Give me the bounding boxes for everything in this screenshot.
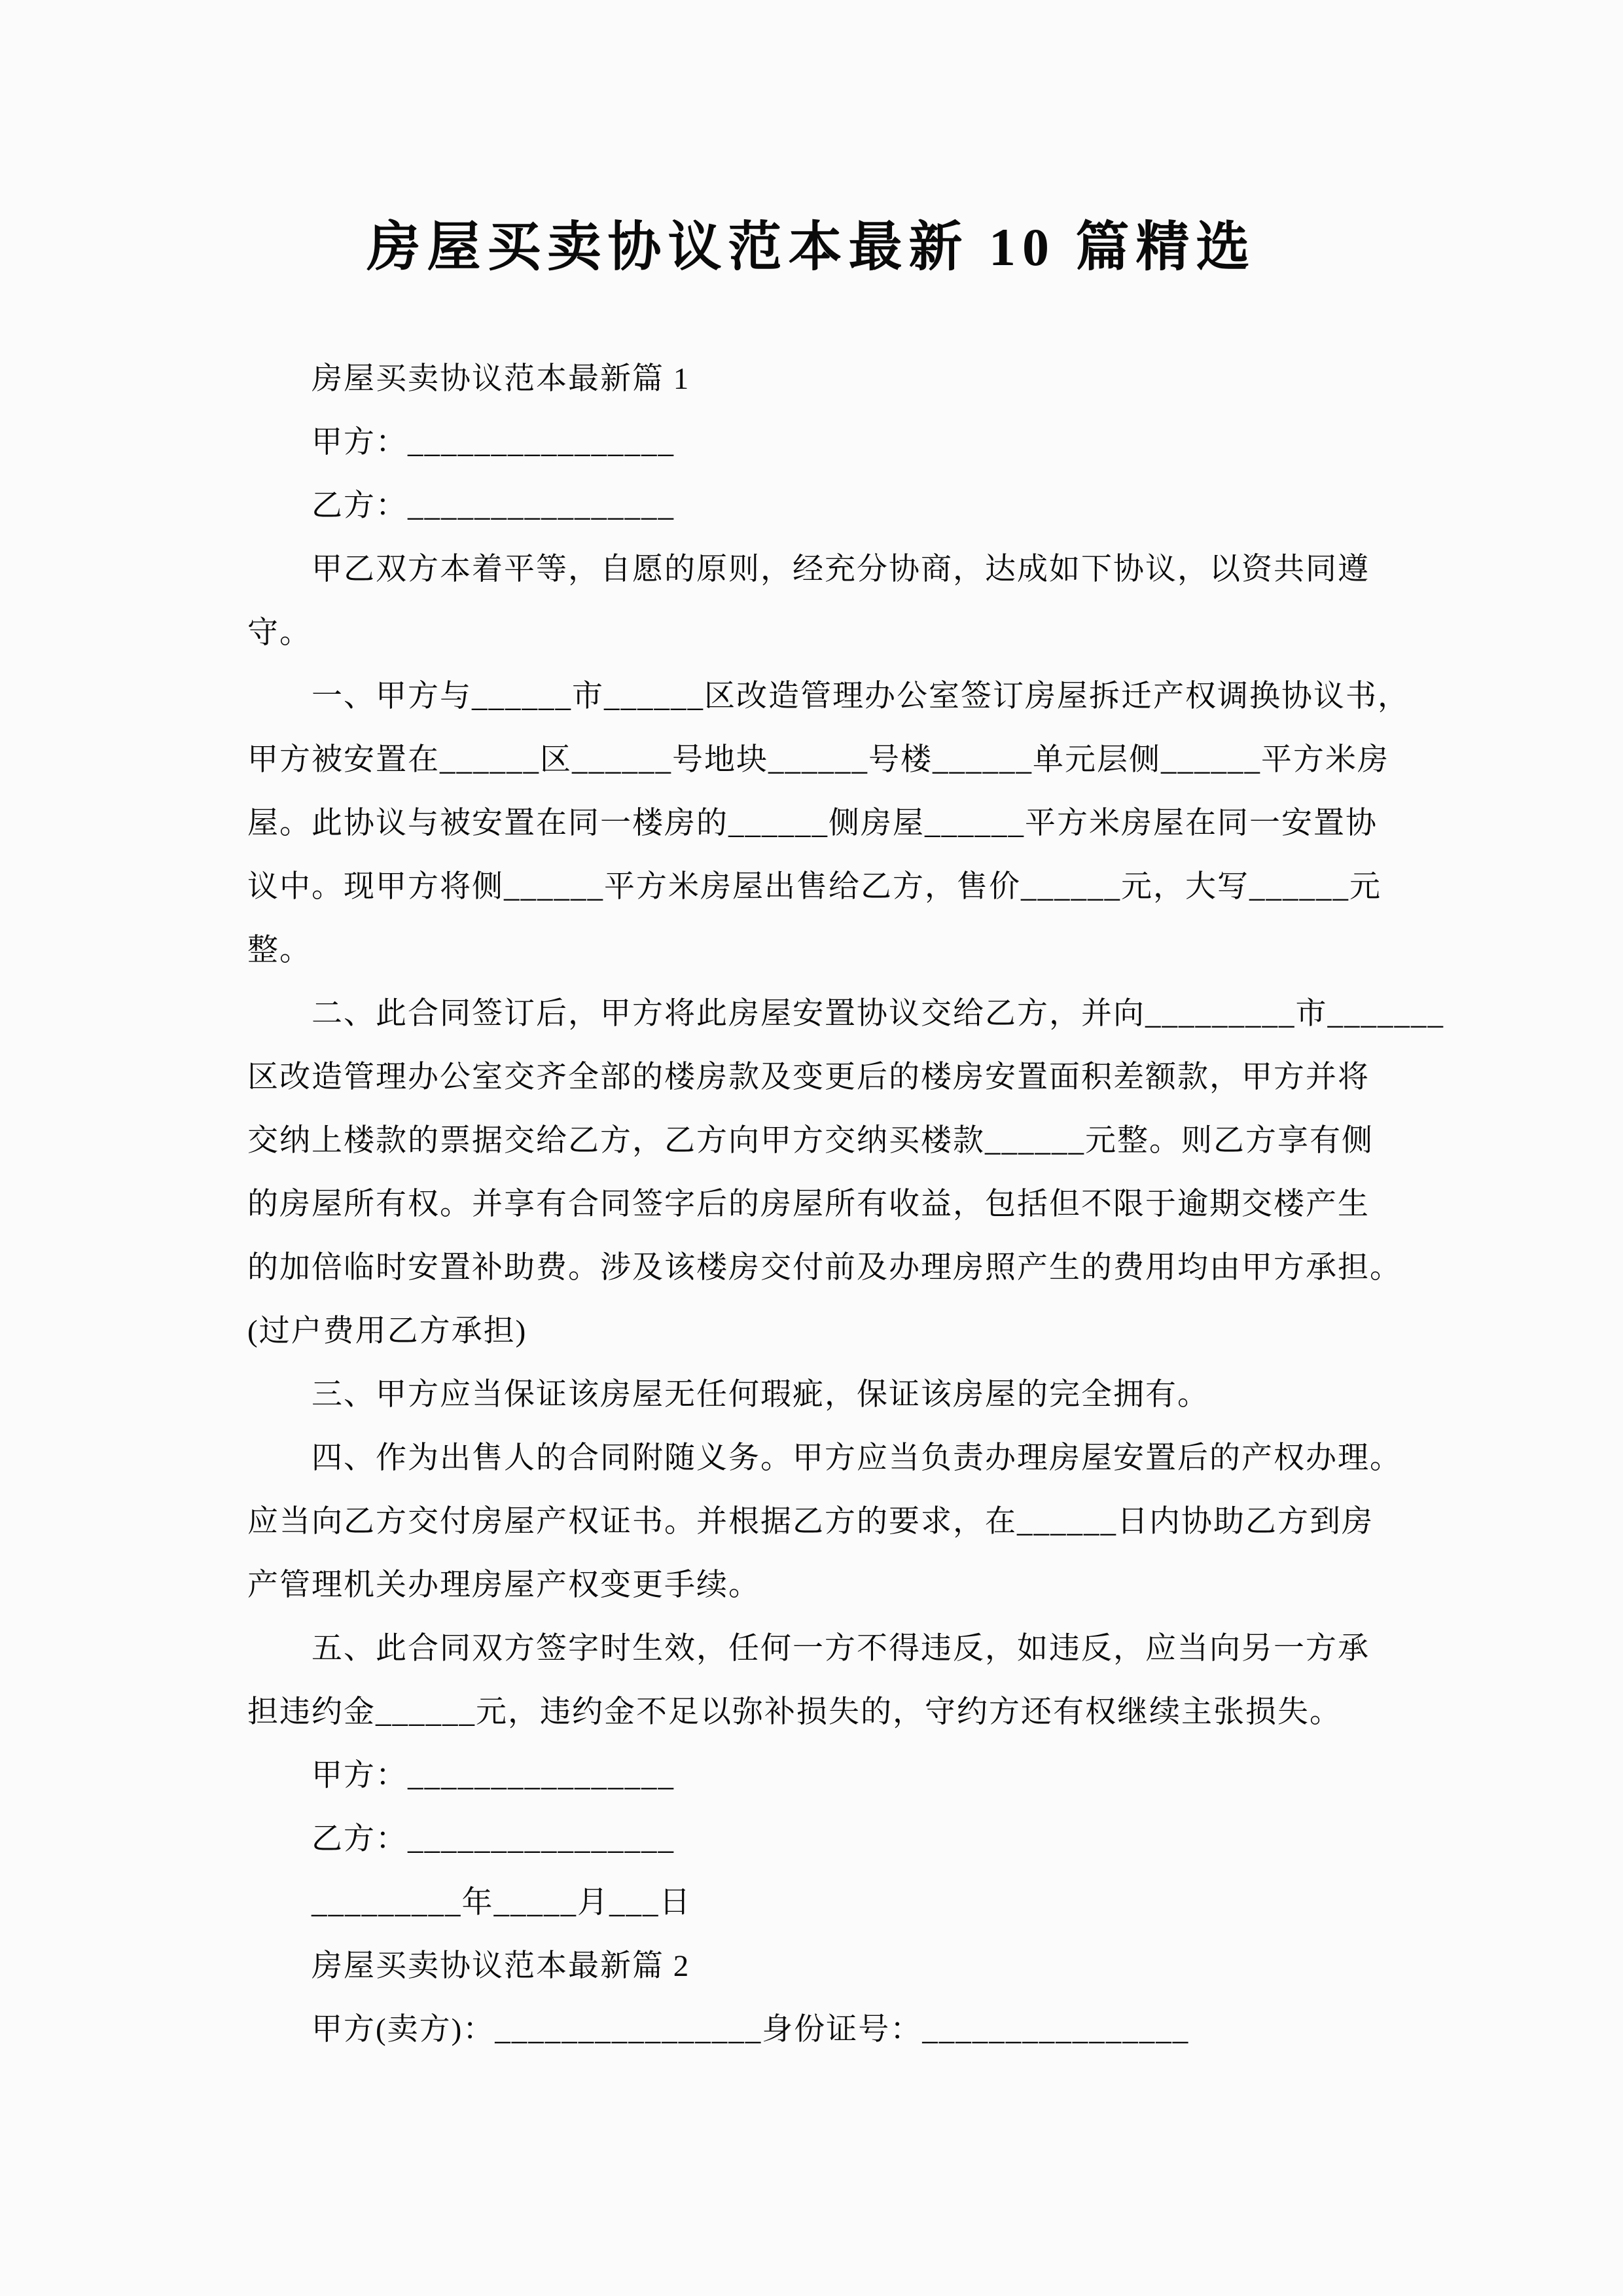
document-line: 议中。现甲方将侧______平方米房屋出售给乙方，售价______元，大写___… [247, 855, 1386, 919]
document-line: 担违约金______元，违约金不足以弥补损失的，守约方还有权继续主张损失。 [247, 1681, 1386, 1744]
document-line: 区改造管理办公室交齐全部的楼房款及变更后的楼房安置面积差额款，甲方并将 [247, 1046, 1386, 1109]
document-line: _________年_____月___日 [247, 1871, 1386, 1935]
document-line: 屋。此协议与被安置在同一楼房的______侧房屋______平方米房屋在同一安置… [247, 792, 1386, 855]
document-line: 整。 [247, 919, 1386, 982]
document-line: 产管理机关办理房屋产权变更手续。 [247, 1554, 1386, 1617]
document-line: 的加倍临时安置补助费。涉及该楼房交付前及办理房照产生的费用均由甲方承担。 [247, 1236, 1386, 1300]
document-line: 甲方：________________ [247, 1744, 1386, 1808]
document-line: 甲方被安置在______区______号地块______号楼______单元层侧… [247, 728, 1386, 792]
document-line: 二、此合同签订后，甲方将此房屋安置协议交给乙方，并向_________市____… [247, 982, 1386, 1046]
document-line: 三、甲方应当保证该房屋无任何瑕疵，保证该房屋的完全拥有。 [247, 1363, 1386, 1427]
document-title: 房屋买卖协议范本最新 10 篇精选 [0, 204, 1623, 281]
document-line: 乙方：________________ [247, 1808, 1386, 1871]
document-line: 甲乙双方本着平等，自愿的原则，经充分协商，达成如下协议，以资共同遵 [247, 538, 1386, 601]
document-line: 四、作为出售人的合同附随义务。甲方应当负责办理房屋安置后的产权办理。 [247, 1427, 1386, 1490]
document-line: 五、此合同双方签字时生效，任何一方不得违反，如违反，应当向另一方承 [247, 1617, 1386, 1681]
document-line: 一、甲方与______市______区改造管理办公室签订房屋拆迁产权调换协议书， [247, 665, 1386, 728]
document-line: 的房屋所有权。并享有合同签字后的房屋所有收益，包括但不限于逾期交楼产生 [247, 1173, 1386, 1236]
document-line: 房屋买卖协议范本最新篇 1 [247, 348, 1386, 411]
document-line: 应当向乙方交付房屋产权证书。并根据乙方的要求，在______日内协助乙方到房 [247, 1490, 1386, 1554]
document-line: (过户费用乙方承担) [247, 1300, 1386, 1363]
document-line: 守。 [247, 601, 1386, 665]
document-line: 甲方(卖方)：________________身份证号：____________… [247, 1998, 1386, 2062]
document-line: 房屋买卖协议范本最新篇 2 [247, 1935, 1386, 1998]
document-line: 乙方：________________ [247, 475, 1386, 538]
document-page: 房屋买卖协议范本最新 10 篇精选 房屋买卖协议范本最新篇 1甲方：______… [0, 0, 1623, 2296]
document-line: 甲方：________________ [247, 411, 1386, 475]
document-body: 房屋买卖协议范本最新篇 1甲方：________________乙方：_____… [247, 348, 1386, 2062]
document-line: 交纳上楼款的票据交给乙方，乙方向甲方交纳买楼款______元整。则乙方享有侧 [247, 1109, 1386, 1173]
